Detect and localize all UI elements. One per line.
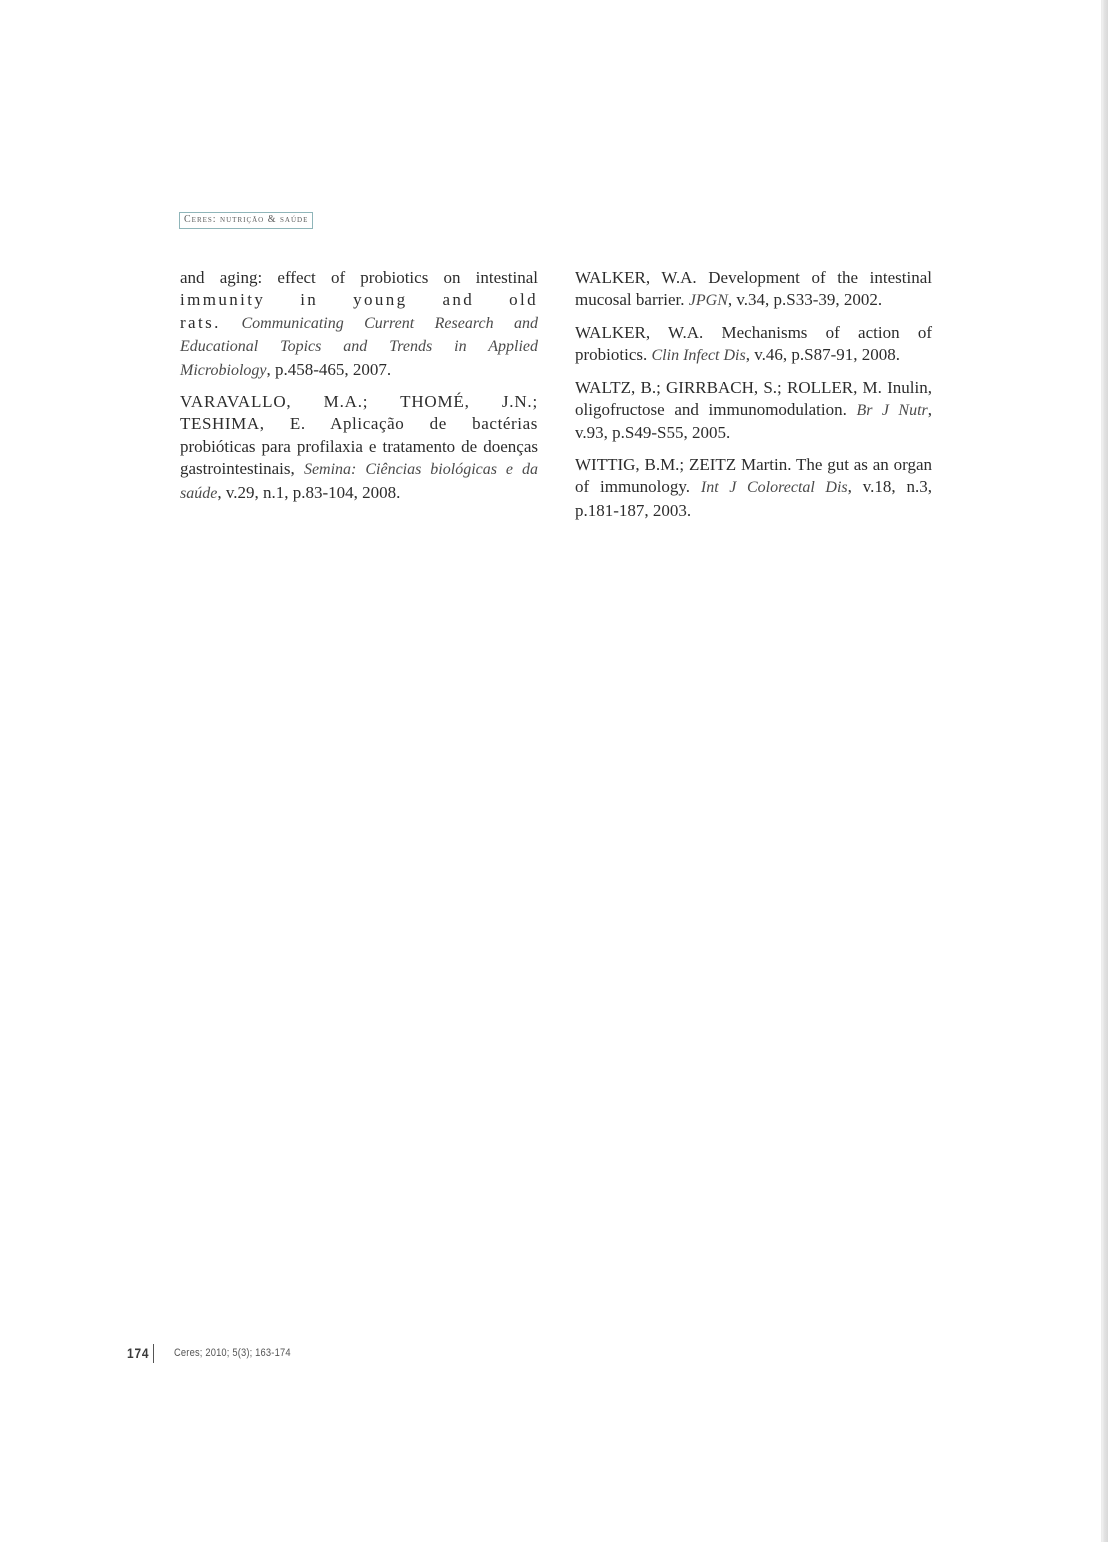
reference-entry: WITTIG, B.M.; ZEITZ Martin. The gut as a… (575, 454, 932, 522)
reference-authors: TESHIMA, E. Aplicação de bactérias (180, 414, 538, 433)
reference-tail: , v.29, n.1, p.83-104, 2008. (217, 483, 400, 502)
references-column-left: and aging: effect of probiotics on intes… (180, 267, 538, 514)
reference-journal: Br J Nutr (857, 402, 928, 419)
footer-divider (153, 1344, 154, 1363)
reference-entry: and aging: effect of probiotics on intes… (180, 267, 538, 382)
reference-tail: , v.34, p.S33-39, 2002. (728, 290, 882, 309)
references-column-right: WALKER, W.A. Development of the intestin… (575, 267, 932, 531)
reference-authors: VARAVALLO, M.A.; THOMÉ, J.N.; (180, 392, 538, 411)
reference-entry: WALTZ, B.; GIRRBACH, S.; ROLLER, M. Inul… (575, 377, 932, 445)
journal-citation: Ceres; 2010; 5(3); 163-174 (174, 1347, 291, 1359)
reference-entry: VARAVALLO, M.A.; THOMÉ, J.N.; TESHIMA, E… (180, 391, 538, 505)
page-number: 174 (127, 1345, 146, 1361)
running-head-text: Ceres: nutrição & saúde (184, 214, 308, 225)
running-head: Ceres: nutrição & saúde (179, 212, 313, 229)
reference-text: and aging: effect of probiotics on intes… (180, 268, 538, 287)
reference-entry: WALKER, W.A. Mechanisms of action of pro… (575, 322, 932, 368)
page-edge-shadow (1102, 0, 1108, 1542)
reference-journal: Int J Colorectal Dis (701, 479, 848, 496)
reference-tail: , v.46, p.S87-91, 2008. (746, 345, 900, 364)
reference-tail: , p.458-465, 2007. (267, 360, 392, 379)
reference-journal: JPGN (689, 292, 728, 309)
page-footer: 174 Ceres; 2010; 5(3); 163-174 (127, 1343, 311, 1363)
reference-journal: Clin Infect Dis (652, 347, 746, 364)
reference-entry: WALKER, W.A. Development of the intestin… (575, 267, 932, 313)
